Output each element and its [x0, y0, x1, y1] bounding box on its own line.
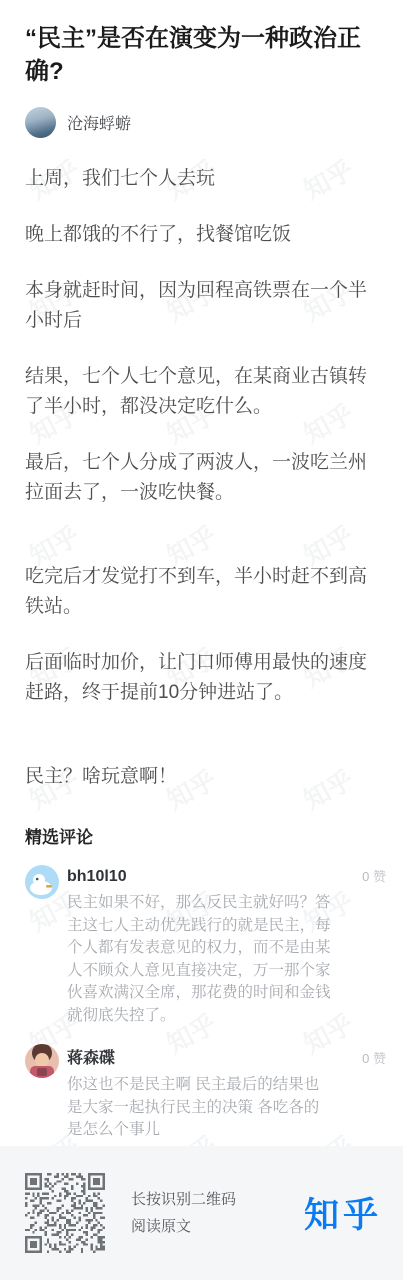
author-name: 沧海蜉蝣 [67, 111, 131, 134]
post-paragraph: 后面临时加价，让门口师傅用最快的速度赶路，终于提前10分钟进站了。 [25, 648, 378, 708]
post-paragraph: 民主？啥玩意啊！ [25, 762, 378, 792]
like-count[interactable]: 0 赞 [362, 1048, 386, 1067]
comment-body: bh10l10 0 赞 民主如果不好，那么反民主就好吗？答主这七人主动优先践行的… [67, 865, 378, 1027]
qr-caption: 长按识别二维码 阅读原文 [131, 1186, 236, 1240]
post-content: “民主”是否在演变为一种政治正确? 沧海蜉蝣 上周，我们七个人去玩 晚上都饿的不… [0, 0, 403, 1142]
comment-text: 民主如果不好，那么反民主就好吗？答主这七人主动优先践行的就是民主，每个人都有发表… [67, 892, 378, 1027]
author-avatar [25, 107, 56, 138]
comment-body: 蒋森碟 0 赞 你这也不是民主啊 民主最后的结果也是大家一起执行民主的决策 各吃… [67, 1044, 378, 1142]
commenter-avatar [25, 1044, 59, 1078]
post-paragraph: 上周，我们七个人去玩 [25, 164, 378, 194]
zhihu-logo: 知乎 [304, 1188, 382, 1238]
comment-item: bh10l10 0 赞 民主如果不好，那么反民主就好吗？答主这七人主动优先践行的… [25, 865, 378, 1027]
post-paragraph: 最后，七个人分成了两波人，一波吃兰州拉面去了，一波吃快餐。 [25, 448, 378, 508]
qr-code[interactable] [25, 1173, 105, 1253]
comment-item: 蒋森碟 0 赞 你这也不是民主啊 民主最后的结果也是大家一起执行民主的决策 各吃… [25, 1044, 378, 1142]
qr-caption-line2: 阅读原文 [131, 1213, 236, 1240]
zhihu-share-card: 知乎知乎知乎知乎知乎知乎知乎知乎知乎知乎知乎知乎知乎知乎知乎知乎知乎知乎知乎知乎… [0, 0, 403, 1280]
post-paragraph: 本身就赶时间，因为回程高铁票在一个半小时后 [25, 276, 378, 336]
commenter-name: 蒋森碟 [67, 1045, 115, 1068]
post-paragraph: 吃完后才发觉打不到车，半小时赶不到高铁站。 [25, 562, 378, 622]
comment-text: 你这也不是民主啊 民主最后的结果也是大家一起执行民主的决策 各吃各的是怎么个事儿 [67, 1074, 378, 1142]
commenter-avatar [25, 865, 59, 899]
footer-bar: 长按识别二维码 阅读原文 知乎 [0, 1146, 403, 1280]
post-paragraph: 结果，七个人七个意见，在某商业古镇转了半小时，都没决定吃什么。 [25, 362, 378, 422]
commenter-name: bh10l10 [67, 868, 127, 886]
post-title: “民主”是否在演变为一种政治正确? [25, 22, 378, 88]
qr-caption-line1: 长按识别二维码 [131, 1186, 236, 1213]
like-count[interactable]: 0 赞 [362, 866, 386, 885]
post-paragraph: 晚上都饿的不行了，找餐馆吃饭 [25, 220, 378, 250]
author-row[interactable]: 沧海蜉蝣 [25, 107, 378, 138]
comments-heading: 精选评论 [25, 823, 378, 848]
